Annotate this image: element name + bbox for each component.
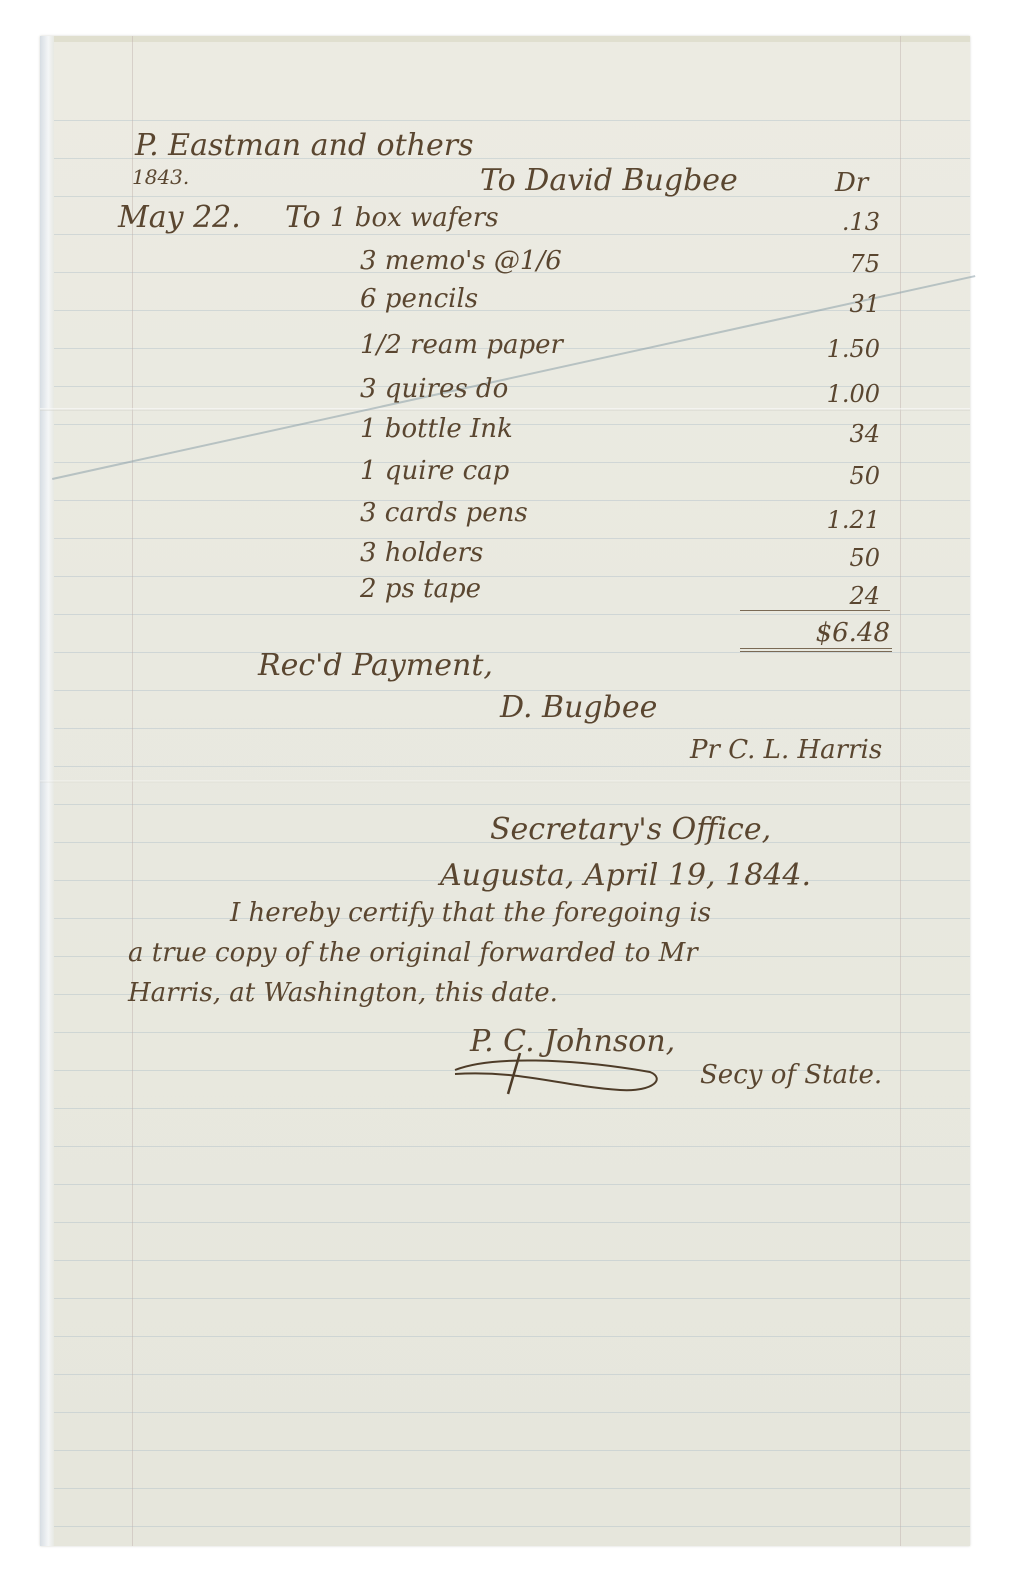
ledger-to-label: To xyxy=(285,200,321,235)
paper-top-edge xyxy=(54,36,970,42)
year: 1843. xyxy=(132,165,189,189)
ledger-total: $6.48 xyxy=(770,618,890,648)
ledger-date: May 22. xyxy=(118,200,241,235)
receipt-per-agent: Pr C. L. Harris xyxy=(690,735,882,765)
total-double-rule xyxy=(740,651,892,652)
ledger-item-amount: 1.21 xyxy=(760,506,880,534)
certification-line: Harris, at Washington, this date. xyxy=(128,978,558,1008)
total-double-rule xyxy=(740,648,892,649)
horizontal-fold xyxy=(40,780,970,783)
certification-line: I hereby certify that the foregoing is xyxy=(230,898,711,928)
ledger-item-description: 1 bottle Ink xyxy=(360,414,513,444)
received-payment: Rec'd Payment, xyxy=(258,648,493,683)
right-margin-line xyxy=(900,36,901,1546)
left-margin-line xyxy=(132,36,133,1546)
debit-marker: Dr xyxy=(835,168,868,198)
horizontal-fold xyxy=(40,408,970,411)
ledger-item-amount: 31 xyxy=(760,290,880,318)
ledger-item-description: 2 ps tape xyxy=(360,574,481,604)
office-heading: Secretary's Office, xyxy=(490,812,771,847)
ledger-item-description: 1 box wafers xyxy=(330,203,499,233)
signer-title: Secy of State. xyxy=(700,1060,882,1090)
certification-line: a true copy of the original forwarded to… xyxy=(128,938,698,968)
signature-flourish-icon xyxy=(450,1048,670,1098)
ledger-item-amount: 34 xyxy=(760,420,880,448)
place-and-date: Augusta, April 19, 1844. xyxy=(440,858,811,893)
ledger-item-description: 3 cards pens xyxy=(360,498,528,528)
ledger-item-amount: 50 xyxy=(760,544,880,572)
ledger-item-amount: 50 xyxy=(760,462,880,490)
ledger-item-description: 3 memo's @1/6 xyxy=(360,246,562,276)
receipt-signer: D. Bugbee xyxy=(500,690,657,725)
ledger-item-description: 1 quire cap xyxy=(360,456,509,486)
ledger-item-amount: 1.50 xyxy=(760,335,880,363)
ledger-item-amount: 24 xyxy=(760,582,880,610)
ledger-item-description: 1/2 ream paper xyxy=(360,330,563,360)
creditor-line: To David Bugbee xyxy=(480,163,738,198)
ledger-item-description: 6 pencils xyxy=(360,284,478,314)
sum-rule xyxy=(740,610,890,611)
ledger-item-amount: 1.00 xyxy=(760,380,880,408)
ledger-item-description: 3 holders xyxy=(360,538,483,568)
ledger-item-amount: .13 xyxy=(760,208,880,236)
addressee: P. Eastman and others xyxy=(135,128,473,163)
ledger-item-description: 3 quires do xyxy=(360,374,508,404)
paper-left-edge xyxy=(40,36,54,1546)
ledger-item-amount: 75 xyxy=(760,250,880,278)
